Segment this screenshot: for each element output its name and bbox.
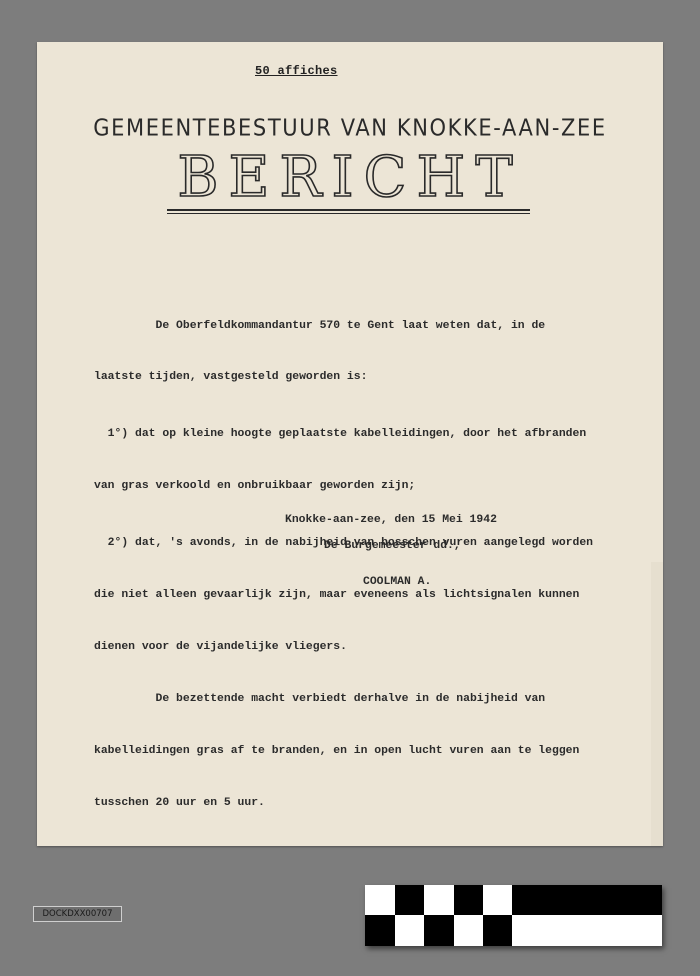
title-underline-thin xyxy=(167,213,530,214)
reference-note: 50 affiches xyxy=(255,64,338,78)
document-title: BERICHT xyxy=(37,145,663,210)
body-line: De Oberfeldkommandantur 570 te Gent laat… xyxy=(94,318,654,335)
title-underline xyxy=(167,209,530,211)
body-line: 1°) dat op kleine hoogte geplaatste kabe… xyxy=(94,426,654,443)
body-line: De bezettende macht verbiedt derhalve in… xyxy=(94,691,654,708)
signatory-title: De Burgemeester dd., xyxy=(324,540,461,552)
place-date: Knokke-aan-zee, den 15 Mei 1942 xyxy=(285,514,497,526)
body-line: van gras verkoold en onbruikbaar geworde… xyxy=(94,478,654,495)
body-line: dienen voor de vijandelijke vliegers. xyxy=(94,639,654,656)
calibration-scale-bar xyxy=(365,885,662,946)
signatory-name: COOLMAN A. xyxy=(363,576,431,588)
body-line: die niet alleen gevaarlijk zijn, maar ev… xyxy=(94,587,654,604)
catalog-id-label: DOCKDXX00707 xyxy=(33,906,122,922)
body-line: tusschen 20 uur en 5 uur. xyxy=(94,795,654,812)
body-line: laatste tijden, vastgesteld geworden is: xyxy=(94,369,654,386)
notice-body: De Oberfeldkommandantur 570 te Gent laat… xyxy=(94,283,654,847)
issuing-authority: GEMEENTEBESTUUR VAN KNOKKE-AAN-ZEE xyxy=(37,115,663,141)
document-sheet: 50 affiches GEMEENTEBESTUUR VAN KNOKKE-A… xyxy=(37,42,663,846)
body-line: kabelleidingen gras af te branden, en in… xyxy=(94,743,654,760)
